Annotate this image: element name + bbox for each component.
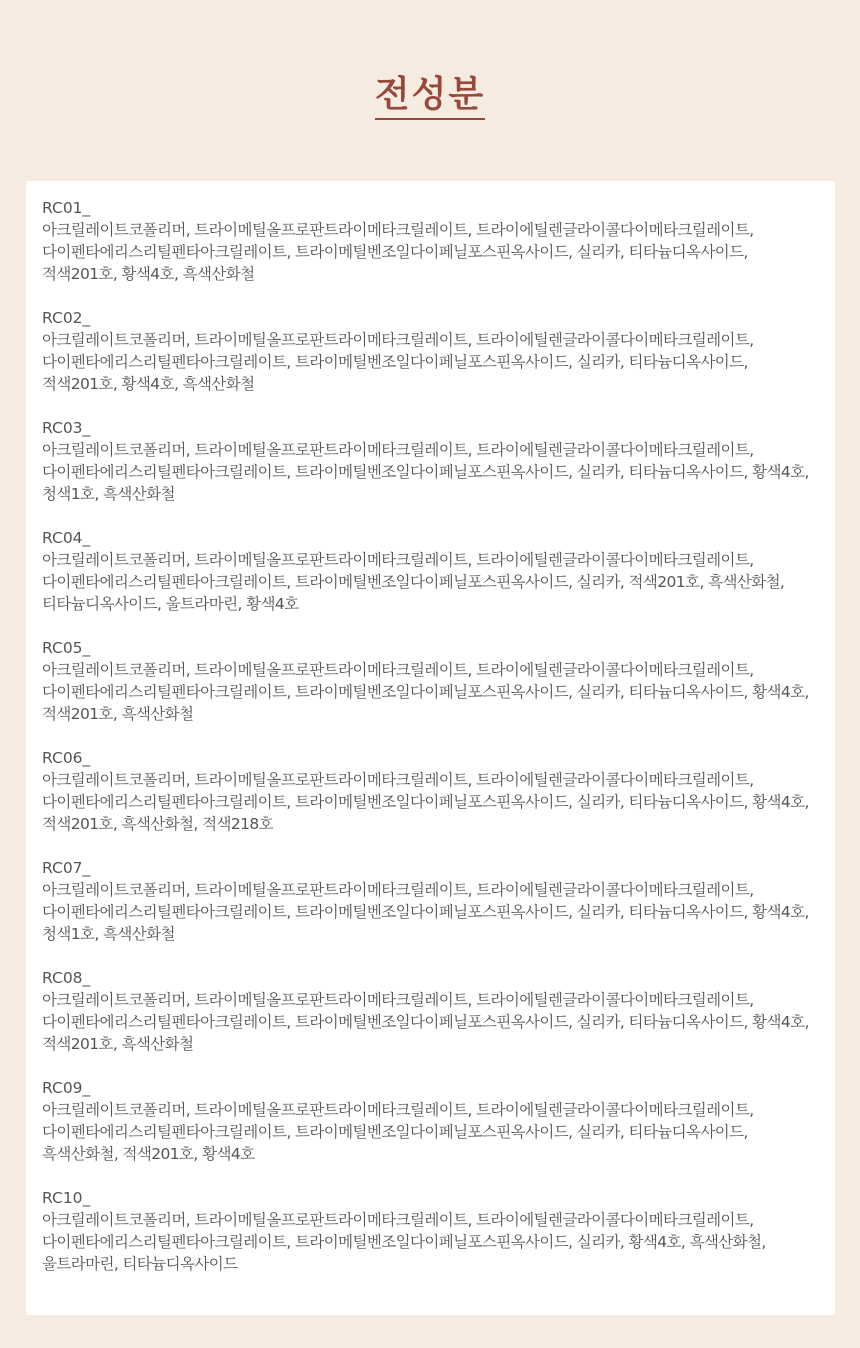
ingredient-entry-rc03: RC03_ 아크릴레이트코폴리머, 트라이메틸올프로판트라이메타크릴레이트, 트… — [42, 417, 817, 505]
ingredient-list: 아크릴레이트코폴리머, 트라이메틸올프로판트라이메타크릴레이트, 트라이에틸렌글… — [42, 329, 817, 395]
product-code: RC02_ — [42, 307, 817, 329]
ingredient-entry-rc02: RC02_ 아크릴레이트코폴리머, 트라이메틸올프로판트라이메타크릴레이트, 트… — [42, 307, 817, 395]
title-section: 전성분 — [0, 72, 860, 120]
ingredient-entry-rc07: RC07_ 아크릴레이트코폴리머, 트라이메틸올프로판트라이메타크릴레이트, 트… — [42, 857, 817, 945]
product-code: RC05_ — [42, 637, 817, 659]
product-code: RC09_ — [42, 1077, 817, 1099]
ingredient-list: 아크릴레이트코폴리머, 트라이메틸올프로판트라이메타크릴레이트, 트라이에틸렌글… — [42, 549, 817, 615]
product-code: RC04_ — [42, 527, 817, 549]
product-code: RC01_ — [42, 197, 817, 219]
ingredient-list: 아크릴레이트코폴리머, 트라이메틸올프로판트라이메타크릴레이트, 트라이에틸렌글… — [42, 219, 817, 285]
ingredient-list: 아크릴레이트코폴리머, 트라이메틸올프로판트라이메타크릴레이트, 트라이에틸렌글… — [42, 1099, 817, 1165]
product-code: RC10_ — [42, 1187, 817, 1209]
ingredient-list: 아크릴레이트코폴리머, 트라이메틸올프로판트라이메타크릴레이트, 트라이에틸렌글… — [42, 439, 817, 505]
ingredient-entry-rc04: RC04_ 아크릴레이트코폴리머, 트라이메틸올프로판트라이메타크릴레이트, 트… — [42, 527, 817, 615]
ingredient-entry-rc10: RC10_ 아크릴레이트코폴리머, 트라이메틸올프로판트라이메타크릴레이트, 트… — [42, 1187, 817, 1275]
ingredient-list: 아크릴레이트코폴리머, 트라이메틸올프로판트라이메타크릴레이트, 트라이에틸렌글… — [42, 1209, 817, 1275]
product-code: RC08_ — [42, 967, 817, 989]
ingredient-entry-rc08: RC08_ 아크릴레이트코폴리머, 트라이메틸올프로판트라이메타크릴레이트, 트… — [42, 967, 817, 1055]
product-code: RC03_ — [42, 417, 817, 439]
ingredient-list: 아크릴레이트코폴리머, 트라이메틸올프로판트라이메타크릴레이트, 트라이에틸렌글… — [42, 659, 817, 725]
ingredients-card: RC01_ 아크릴레이트코폴리머, 트라이메틸올프로판트라이메타크릴레이트, 트… — [26, 181, 835, 1315]
ingredient-entry-rc05: RC05_ 아크릴레이트코폴리머, 트라이메틸올프로판트라이메타크릴레이트, 트… — [42, 637, 817, 725]
ingredient-entry-rc09: RC09_ 아크릴레이트코폴리머, 트라이메틸올프로판트라이메타크릴레이트, 트… — [42, 1077, 817, 1165]
ingredient-list: 아크릴레이트코폴리머, 트라이메틸올프로판트라이메타크릴레이트, 트라이에틸렌글… — [42, 879, 817, 945]
product-code: RC06_ — [42, 747, 817, 769]
ingredient-list: 아크릴레이트코폴리머, 트라이메틸올프로판트라이메타크릴레이트, 트라이에틸렌글… — [42, 769, 817, 835]
page-title: 전성분 — [375, 72, 485, 120]
ingredient-list: 아크릴레이트코폴리머, 트라이메틸올프로판트라이메타크릴레이트, 트라이에틸렌글… — [42, 989, 817, 1055]
product-code: RC07_ — [42, 857, 817, 879]
ingredient-entry-rc06: RC06_ 아크릴레이트코폴리머, 트라이메틸올프로판트라이메타크릴레이트, 트… — [42, 747, 817, 835]
ingredient-entry-rc01: RC01_ 아크릴레이트코폴리머, 트라이메틸올프로판트라이메타크릴레이트, 트… — [42, 197, 817, 285]
